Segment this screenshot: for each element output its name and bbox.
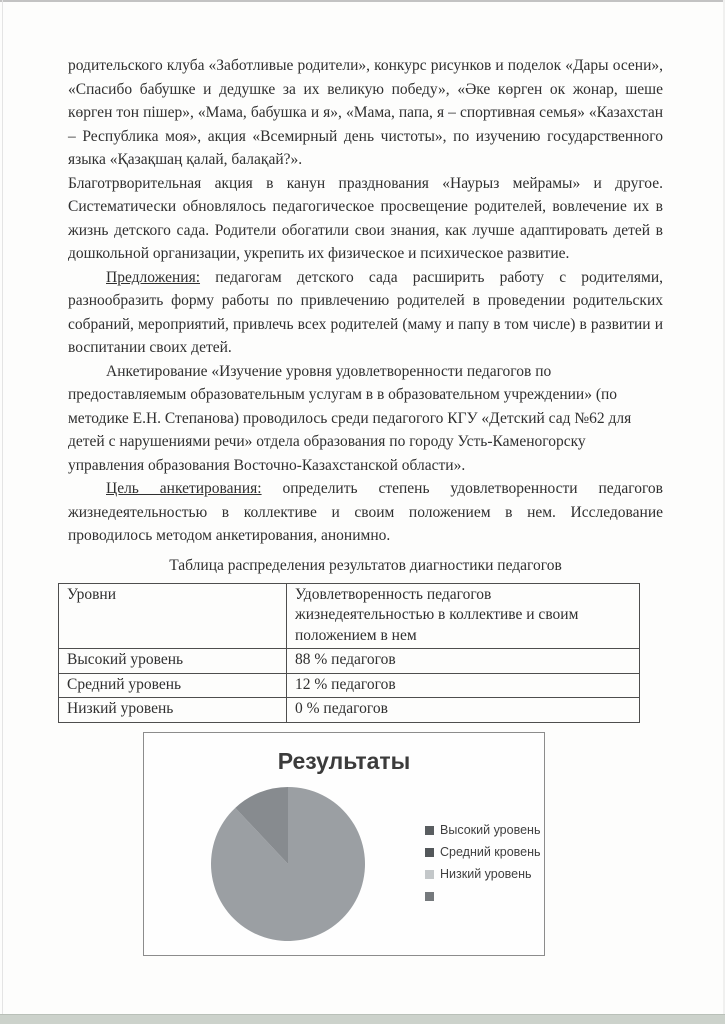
cell-high-value: 88 % педагогов	[287, 649, 640, 674]
table-row-medium: Средний уровень 12 % педагогов	[59, 673, 640, 698]
paragraph-parent-club: родительского клуба «Заботливые родители…	[68, 54, 663, 172]
proposals-heading: Предложения:	[106, 269, 200, 286]
cell-low-level: Низкий уровень	[59, 698, 287, 723]
paragraph-survey: Анкетирование «Изучение уровня удовлетво…	[68, 360, 648, 478]
legend-medium-label: Средний кровень	[440, 845, 541, 859]
paragraph-proposals: Предложения: педагогам детского сада рас…	[68, 266, 663, 360]
legend-item-high: Высокий уровень	[425, 824, 541, 837]
table-header-row: Уровни Удовлетворенность педагогов жизне…	[59, 583, 640, 649]
legend-item-blank	[425, 890, 541, 903]
legend-medium-color-swatch-icon	[425, 848, 434, 857]
pie-chart	[208, 784, 368, 944]
legend-blank-color-swatch-icon	[425, 892, 434, 901]
chart-title: Результаты	[144, 748, 544, 775]
table-row-high: Высокий уровень 88 % педагогов	[59, 649, 640, 674]
survey-goal-heading: Цель анкетирования:	[106, 480, 262, 497]
header-cell-levels: Уровни	[59, 583, 287, 649]
cell-medium-value: 12 % педагогов	[287, 673, 640, 698]
scan-edge-bottom	[0, 1014, 725, 1024]
document-page: родительского клуба «Заботливые родители…	[68, 54, 663, 956]
legend-item-low: Низкий уровень	[425, 868, 541, 881]
legend-high-color-swatch-icon	[425, 826, 434, 835]
table-caption: Таблица распределения результатов диагно…	[68, 554, 663, 577]
header-cell-satisfaction: Удовлетворенность педагогов жизнедеятель…	[287, 583, 640, 649]
legend-low-color-swatch-icon	[425, 870, 434, 879]
paragraph-survey-goal: Цель анкетирования: определить степень у…	[68, 477, 663, 548]
paragraph-charity-action: Благотрворительная акция в канун праздно…	[68, 172, 663, 266]
chart-legend: Высокий уровень Средний кровень Низкий у…	[425, 824, 541, 912]
results-chart-frame: Результаты Высокий уровень Средний крове…	[143, 732, 545, 956]
legend-item-medium: Средний кровень	[425, 846, 541, 859]
results-table: Уровни Удовлетворенность педагогов жизне…	[58, 583, 640, 723]
legend-low-label: Низкий уровень	[440, 867, 532, 881]
scan-edge-top	[0, 0, 725, 2]
scan-edge-left	[2, 0, 3, 1024]
cell-high-level: Высокий уровень	[59, 649, 287, 674]
legend-high-label: Высокий уровень	[440, 823, 540, 837]
cell-low-value: 0 % педагогов	[287, 698, 640, 723]
cell-medium-level: Средний уровень	[59, 673, 287, 698]
table-row-low: Низкий уровень 0 % педагогов	[59, 698, 640, 723]
